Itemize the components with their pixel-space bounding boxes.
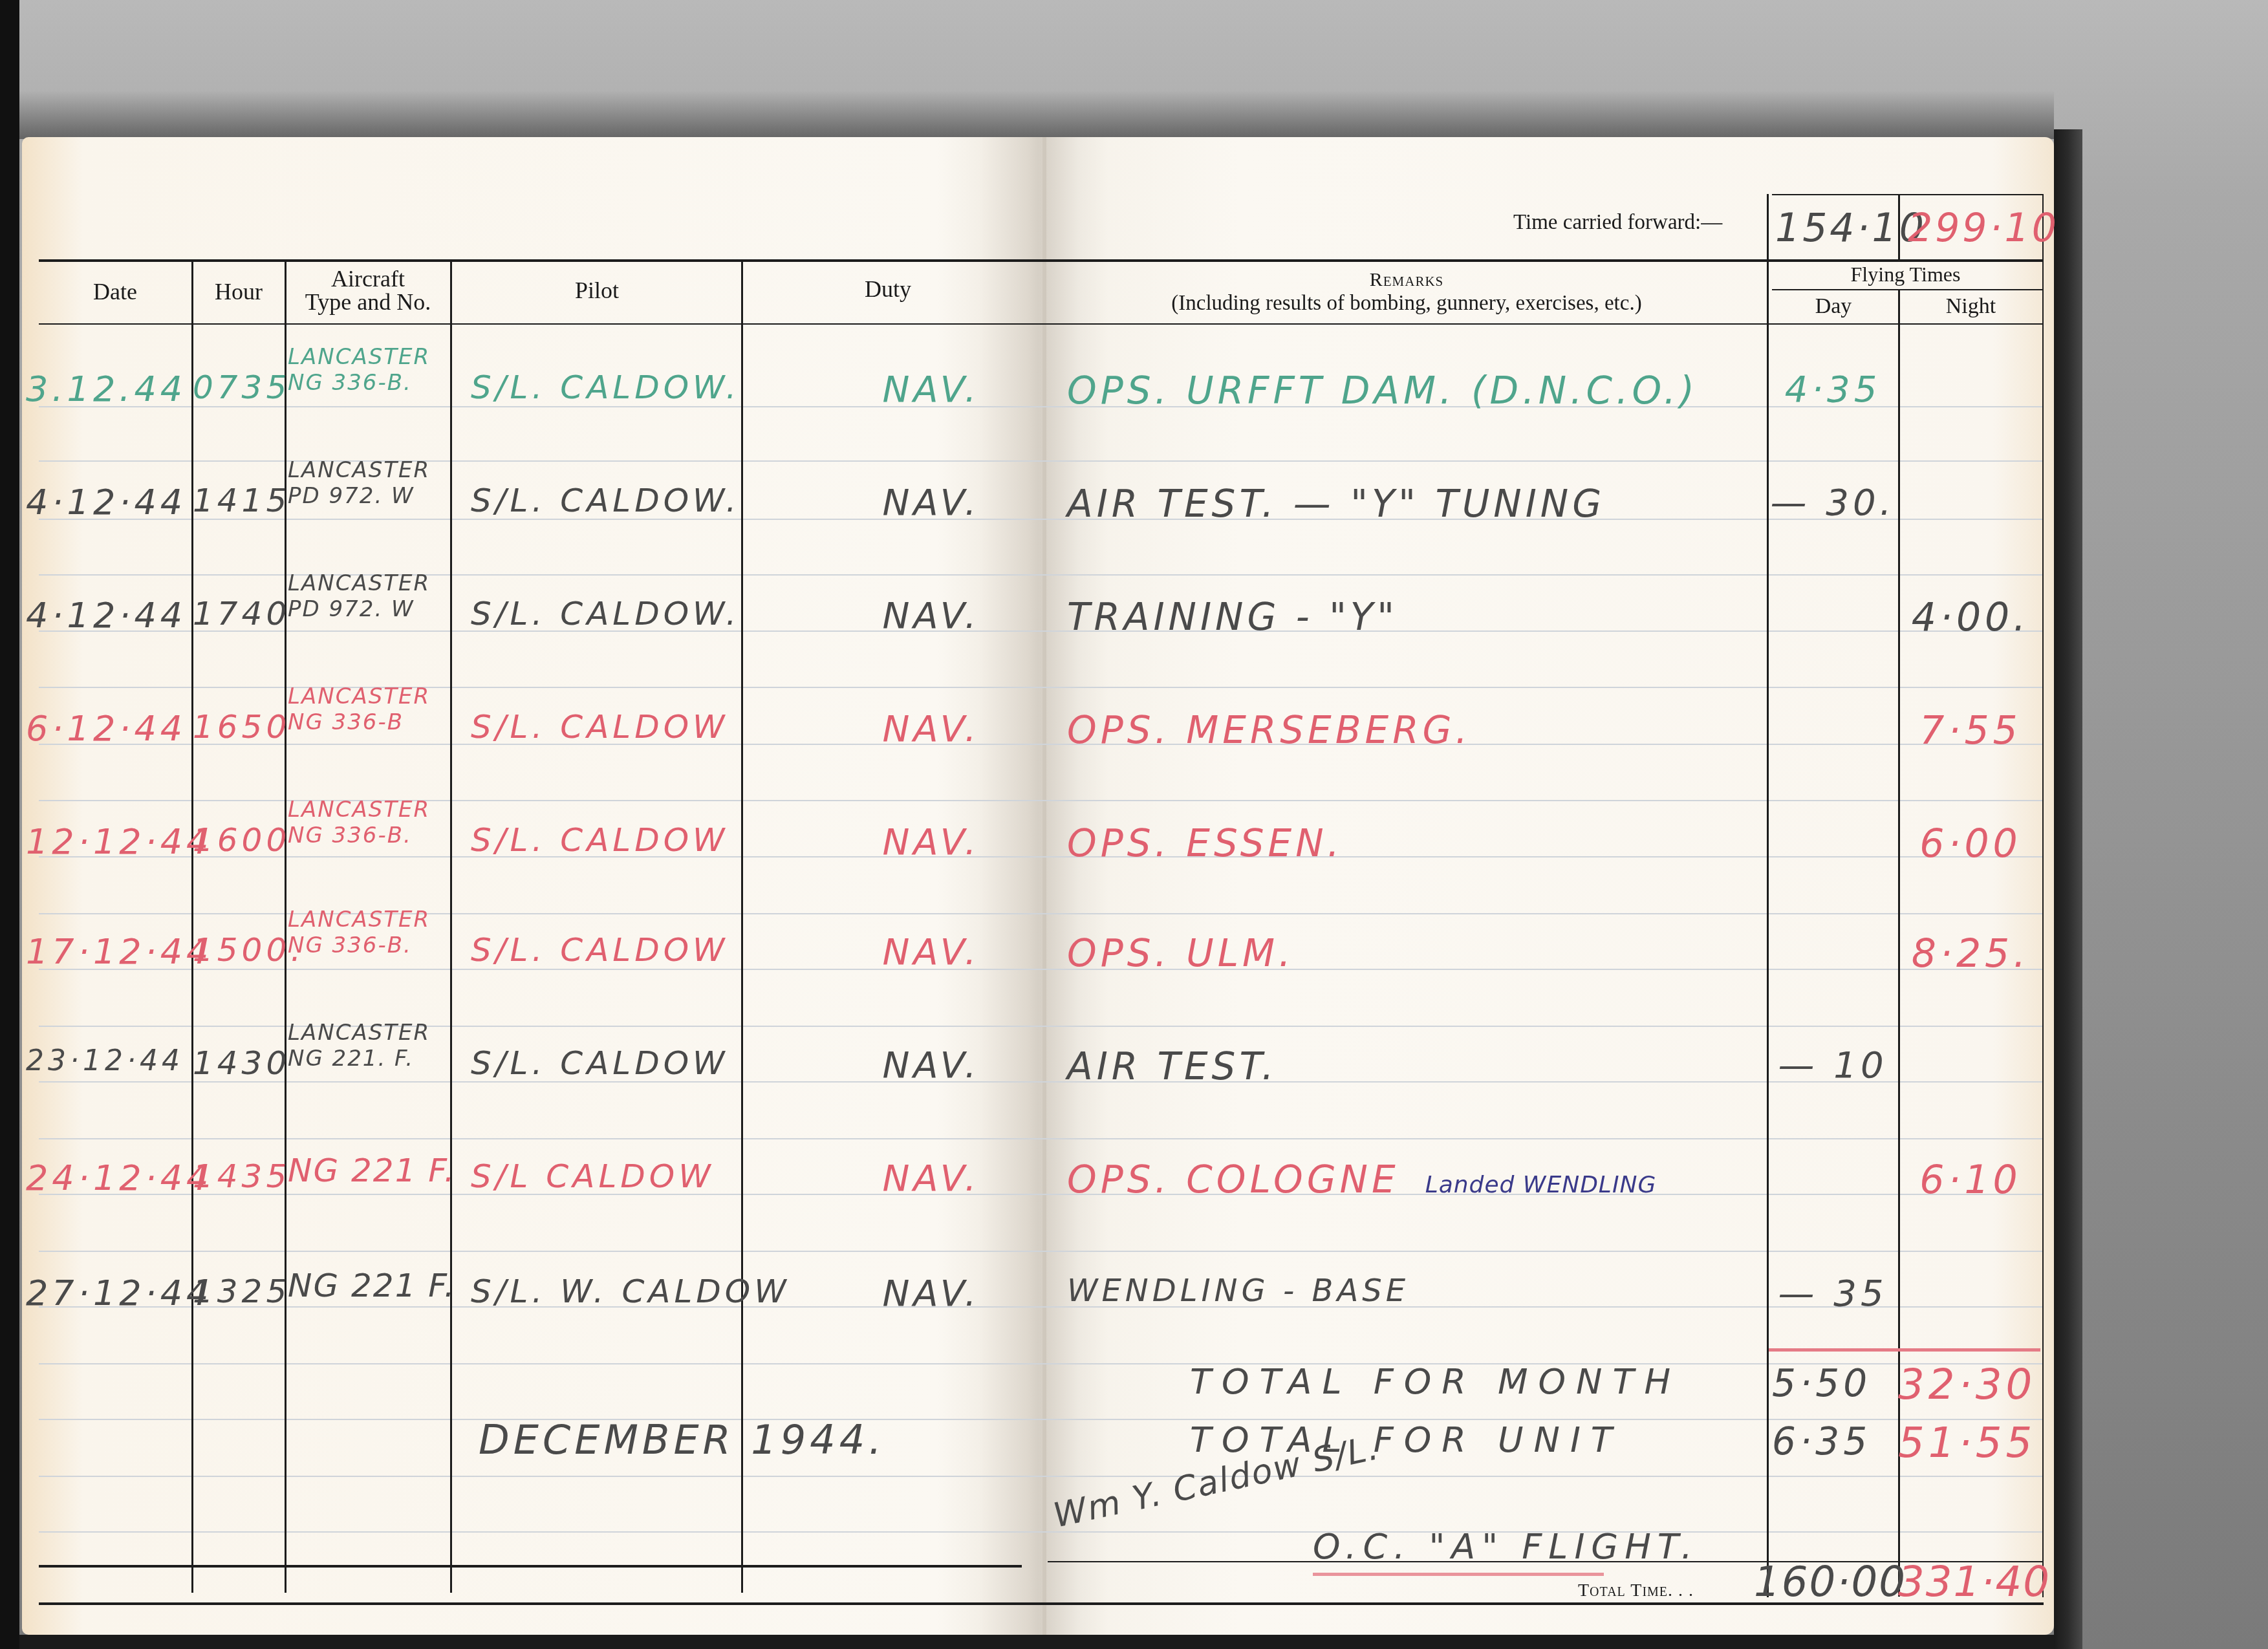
aircraft-number: NG 336-B. <box>288 823 456 848</box>
log-entry-row: 27·12·44 1325 NG 221 F. S/L. W. CALDOW N… <box>0 1253 2268 1366</box>
entry-aircraft: LANCASTERPD 972. W <box>288 570 456 622</box>
entry-day-time: — 30. <box>1768 482 1897 524</box>
log-entry-row: 23·12·44 1430 LANCASTERNG 221. F. S/L. C… <box>0 1025 2268 1138</box>
column-header-remarks: Remarks <box>1048 268 1766 292</box>
log-entry-row: 17·12·44 1500. LANCASTERNG 336-B. S/L. C… <box>0 912 2268 1025</box>
entry-duty: NAV. <box>834 595 1028 637</box>
total-time-label: Total Time. . . <box>1578 1580 1694 1601</box>
total-time-night: 331·40 <box>1898 1558 2051 1606</box>
entry-aircraft: NG 221 F. <box>288 1273 456 1299</box>
entry-date: 17·12·44 <box>26 931 194 972</box>
carried-forward-night: 299·10 <box>1908 206 2059 251</box>
entry-remarks: TRAINING - "Y" <box>1067 595 1766 639</box>
entry-duty: NAV. <box>834 369 1028 411</box>
aircraft-type: LANCASTER <box>288 907 456 932</box>
page-top-shadow <box>19 91 2054 139</box>
column-header-hour: Hour <box>193 279 285 304</box>
entry-date: 6·12·44 <box>26 708 194 749</box>
entry-date: 27·12·44 <box>26 1273 194 1313</box>
entry-hour: 1430 <box>193 1044 290 1082</box>
entry-night-time: 7·55 <box>1899 708 2042 753</box>
aircraft-number: NG 221 F. <box>288 1273 456 1299</box>
log-entry-row: 4·12·44 1415 LANCASTERPD 972. W S/L. CAL… <box>0 462 2268 576</box>
log-entry-row: 4·12·44 1740 LANCASTERPD 972. W S/L. CAL… <box>0 576 2268 689</box>
entry-aircraft: LANCASTERNG 336-B. <box>288 797 456 848</box>
entry-night-time: 6·00 <box>1899 821 2042 867</box>
entry-aircraft: LANCASTERNG 336-B <box>288 684 456 735</box>
book-bottom-edge <box>19 1635 2054 1649</box>
remark-text: OPS. COLOGNE <box>1067 1158 1399 1202</box>
aircraft-type: LANCASTER <box>288 344 456 370</box>
entry-date: 23·12·44 <box>26 1044 194 1077</box>
entry-night-time: 6·10 <box>1899 1158 2042 1203</box>
entry-aircraft: NG 221 F. <box>288 1158 456 1183</box>
entry-day-time: 4·35 <box>1768 369 1897 411</box>
entry-hour: 1500. <box>193 931 290 969</box>
column-header-night: Night <box>1899 294 2042 319</box>
total-time-day: 160·00 <box>1754 1558 1906 1606</box>
column-header-aircraft-line1: Aircraft <box>286 266 450 291</box>
total-for-unit-day: 6·35 <box>1772 1419 1871 1463</box>
entry-pilot: S/L. CALDOW. <box>471 595 742 632</box>
entry-aircraft: LANCASTERPD 972. W <box>288 457 456 509</box>
aircraft-type: LANCASTER <box>288 1020 456 1046</box>
column-header-pilot: Pilot <box>451 278 742 303</box>
time-carried-forward-label: Time carried forward:— <box>1513 210 1722 235</box>
column-header-flying-times: Flying Times <box>1769 262 2042 286</box>
entry-remarks: OPS. URFFT DAM. (D.N.C.O.) <box>1067 369 1766 413</box>
entry-pilot: S/L. CALDOW <box>471 708 742 746</box>
entry-duty: NAV. <box>834 708 1028 750</box>
column-header-date: Date <box>39 279 191 304</box>
entry-date: 24·12·44 <box>26 1158 194 1198</box>
aircraft-number: NG 221 F. <box>288 1158 456 1183</box>
aircraft-number: NG 336-B <box>288 709 456 735</box>
entry-remarks: AIR TEST. <box>1067 1044 1766 1088</box>
entry-hour: 0735 <box>193 369 290 406</box>
entry-day-time: — 35 <box>1768 1273 1897 1315</box>
entry-day-time: — 10 <box>1768 1044 1897 1086</box>
entry-pilot: S/L CALDOW <box>471 1158 742 1195</box>
entry-remarks: OPS. MERSEBERG. <box>1067 708 1766 752</box>
aircraft-type: LANCASTER <box>288 457 456 483</box>
entry-remarks: OPS. ESSEN. <box>1067 821 1766 865</box>
entry-date: 3.12.44 <box>26 369 194 409</box>
entry-hour: 1415 <box>193 482 290 519</box>
aircraft-type: LANCASTER <box>288 570 456 596</box>
entry-duty: NAV. <box>834 482 1028 524</box>
total-for-month-day: 5·50 <box>1772 1361 1871 1405</box>
entry-pilot: S/L. CALDOW. <box>471 369 742 406</box>
aircraft-type: LANCASTER <box>288 684 456 709</box>
aircraft-number: NG 221. F. <box>288 1046 456 1072</box>
month-label: DECEMBER 1944. <box>479 1416 885 1463</box>
entry-aircraft: LANCASTERNG 336-B. <box>288 344 456 396</box>
entry-duty: NAV. <box>834 1158 1028 1200</box>
entry-remarks: OPS. COLOGNELanded WENDLING <box>1067 1158 1766 1202</box>
aircraft-number: NG 336-B. <box>288 932 456 958</box>
entry-hour: 1435 <box>193 1158 290 1195</box>
total-for-unit-night: 51·55 <box>1898 1419 2036 1467</box>
column-header-duty: Duty <box>742 277 1033 301</box>
aircraft-number: PD 972. W <box>288 483 456 509</box>
entry-hour: 1600 <box>193 821 290 859</box>
remark-landed-note: Landed WENDLING <box>1425 1172 1657 1198</box>
log-entry-row: 24·12·44 1435 NG 221 F. S/L CALDOW NAV. … <box>0 1138 2268 1251</box>
column-header-remarks-subtitle: (Including results of bombing, gunnery, … <box>1048 291 1766 316</box>
carried-forward-day: 154·10 <box>1775 206 1927 251</box>
entry-pilot: S/L. W. CALDOW <box>471 1273 742 1310</box>
entry-remarks: OPS. ULM. <box>1067 931 1766 975</box>
entry-remarks: WENDLING - BASE <box>1067 1273 1766 1309</box>
entry-duty: NAV. <box>834 1273 1028 1315</box>
entry-remarks: AIR TEST. — "Y" TUNING <box>1067 482 1766 526</box>
total-for-month-night: 32·30 <box>1898 1361 2036 1409</box>
entry-duty: NAV. <box>834 821 1028 863</box>
entry-night-time: 8·25. <box>1899 931 2042 976</box>
commander-title: O.C. "A" FLIGHT. <box>1313 1526 1699 1567</box>
column-header-day: Day <box>1769 294 1898 319</box>
entry-pilot: S/L. CALDOW <box>471 931 742 969</box>
column-header-aircraft-line2: Type and No. <box>286 290 450 314</box>
entry-pilot: S/L. CALDOW <box>471 821 742 859</box>
entry-duty: NAV. <box>834 931 1028 973</box>
aircraft-number: NG 336-B. <box>288 370 456 396</box>
entry-hour: 1740 <box>193 595 290 632</box>
entry-aircraft: LANCASTERNG 221. F. <box>288 1020 456 1072</box>
aircraft-type: LANCASTER <box>288 797 456 823</box>
entry-hour: 1325 <box>193 1273 290 1310</box>
aircraft-number: PD 972. W <box>288 596 456 622</box>
entry-pilot: S/L. CALDOW <box>471 1044 742 1082</box>
entry-pilot: S/L. CALDOW. <box>471 482 742 519</box>
log-entry-row: 6·12·44 1650 LANCASTERNG 336-B S/L. CALD… <box>0 689 2268 802</box>
entry-aircraft: LANCASTERNG 336-B. <box>288 907 456 958</box>
entry-date: 4·12·44 <box>26 482 194 523</box>
entry-date: 4·12·44 <box>26 595 194 636</box>
log-entry-row: 3.12.44 0735 LANCASTERNG 336-B. S/L. CAL… <box>0 349 2268 462</box>
entry-duty: NAV. <box>834 1044 1028 1086</box>
entry-night-time: 4·00. <box>1899 595 2042 640</box>
total-for-month-label: TOTAL FOR MONTH <box>1190 1361 1681 1402</box>
entry-hour: 1650 <box>193 708 290 746</box>
entry-date: 12·12·44 <box>26 821 194 862</box>
log-entry-row: 12·12·44 1600 LANCASTERNG 336-B. S/L. CA… <box>0 802 2268 915</box>
